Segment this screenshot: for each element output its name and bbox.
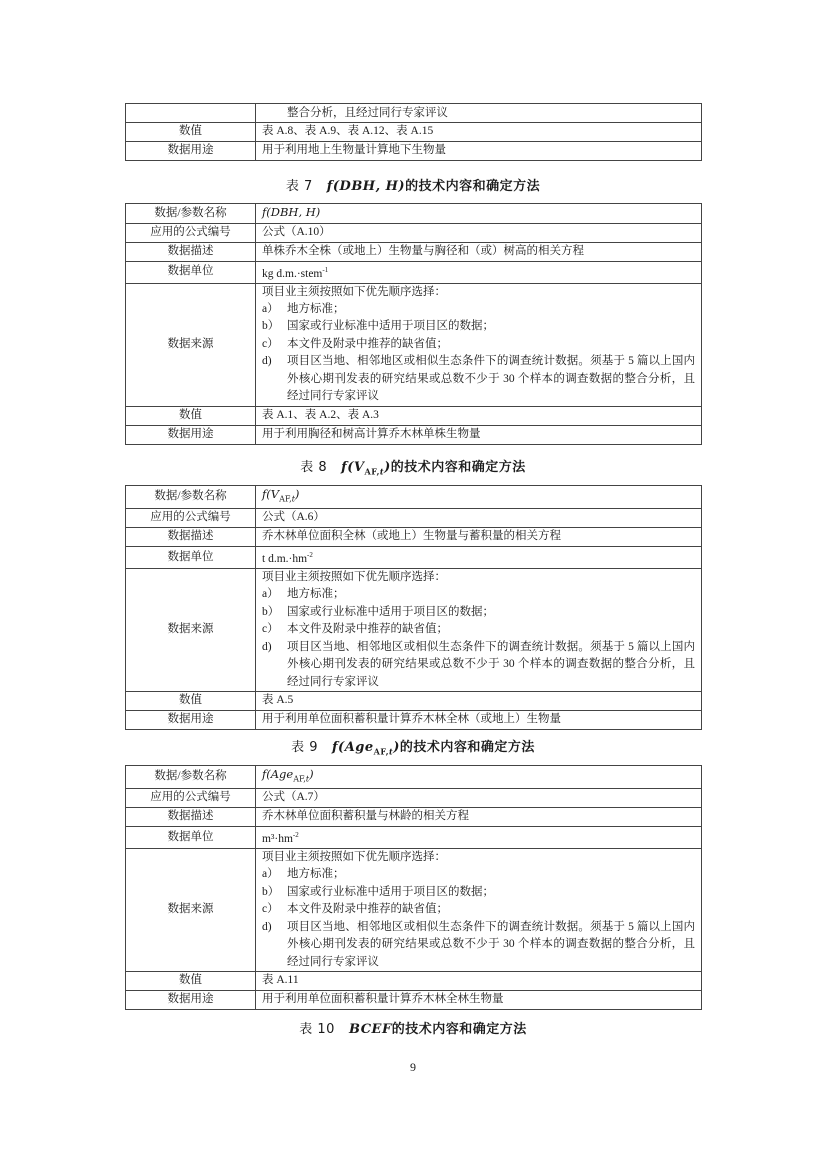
- table-row: 数据来源 项目业主须按照如下优先顺序选择： a）地方标准； b）国家或行业标准中…: [126, 849, 702, 972]
- table-row: 应用的公式编号公式（A.6）: [126, 508, 702, 527]
- table-row: 数据单位m³·hm-2: [126, 826, 702, 848]
- param-name: f(VAF,t): [262, 487, 299, 501]
- table-row: 数值表 A.5: [126, 692, 702, 711]
- table-9: 数据/参数名称f(AgeAF,t) 应用的公式编号公式（A.7） 数据描述乔木林…: [125, 765, 702, 1010]
- table-row: 数据来源 项目业主须按照如下优先顺序选择： a）地方标准； b）国家或行业标准中…: [126, 569, 702, 692]
- table-row: 数据描述乔木林单位面积蓄积量与林龄的相关方程: [126, 807, 702, 826]
- table-10-caption: 表 10BCEF的技术内容和确定方法: [0, 1018, 826, 1037]
- param-name: f(AgeAF,t): [262, 767, 314, 781]
- row-value: 表 A.8、表 A.9、表 A.12、表 A.15: [256, 123, 702, 142]
- table-9-caption: 表 9f(AgeAF,t)的技术内容和确定方法: [0, 736, 826, 757]
- table-row: 数据描述乔木林单位面积全林（或地上）生物量与蓄积量的相关方程: [126, 527, 702, 546]
- table-row: 数据/参数名称f(DBH, H): [126, 204, 702, 224]
- param-name: f(DBH, H): [262, 205, 320, 219]
- table-row: 整合分析，且经过同行专家评议: [126, 104, 702, 123]
- table-row: 数值表 A.11: [126, 972, 702, 991]
- table-row: 应用的公式编号公式（A.7）: [126, 788, 702, 807]
- source-list: 项目业主须按照如下优先顺序选择： a）地方标准； b）国家或行业标准中适用于项目…: [256, 849, 702, 972]
- table-row: 数值表 A.1、表 A.2、表 A.3: [126, 406, 702, 425]
- table-row: 数据用途用于利用胸径和树高计算乔木林单株生物量: [126, 425, 702, 444]
- table-row: 应用的公式编号公式（A.10）: [126, 223, 702, 242]
- row-value: 整合分析，且经过同行专家评议: [256, 104, 702, 123]
- table-row: 数据单位kg d.m.·stem-1: [126, 261, 702, 283]
- table-row: 数据描述单株乔木全株（或地上）生物量与胸径和（或）树高的相关方程: [126, 242, 702, 261]
- row-key: 数据用途: [126, 142, 256, 161]
- source-list: 项目业主须按照如下优先顺序选择： a）地方标准； b）国家或行业标准中适用于项目…: [256, 569, 702, 692]
- table-7: 数据/参数名称f(DBH, H) 应用的公式编号公式（A.10） 数据描述单株乔…: [125, 203, 702, 445]
- table-row: 数据用途 用于利用地上生物量计算地下生物量: [126, 142, 702, 161]
- page-number: 9: [0, 1060, 826, 1075]
- table-row: 数据单位t d.m.·hm-2: [126, 546, 702, 568]
- source-list: 项目业主须按照如下优先顺序选择： a）地方标准； b）国家或行业标准中适用于项目…: [256, 283, 702, 406]
- table-row: 数据用途用于利用单位面积蓄积量计算乔木林全林（或地上）生物量: [126, 711, 702, 730]
- table-8-caption: 表 8f(VAF,t)的技术内容和确定方法: [0, 456, 826, 477]
- row-key: [126, 104, 256, 123]
- row-value: 用于利用地上生物量计算地下生物量: [256, 142, 702, 161]
- table-row: 数据用途用于利用单位面积蓄积量计算乔木林全林生物量: [126, 991, 702, 1010]
- row-key: 数值: [126, 123, 256, 142]
- continued-table: 整合分析，且经过同行专家评议 数值 表 A.8、表 A.9、表 A.12、表 A…: [125, 103, 702, 161]
- table-row: 数据/参数名称f(AgeAF,t): [126, 766, 702, 789]
- table-row: 数据来源 项目业主须按照如下优先顺序选择： a）地方标准； b）国家或行业标准中…: [126, 283, 702, 406]
- table-7-caption: 表 7f(DBH, H)的技术内容和确定方法: [0, 175, 826, 194]
- table-8: 数据/参数名称f(VAF,t) 应用的公式编号公式（A.6） 数据描述乔木林单位…: [125, 485, 702, 730]
- caption-math: f(DBH, H): [327, 179, 405, 194]
- table-row: 数值 表 A.8、表 A.9、表 A.12、表 A.15: [126, 123, 702, 142]
- table-row: 数据/参数名称f(VAF,t): [126, 486, 702, 509]
